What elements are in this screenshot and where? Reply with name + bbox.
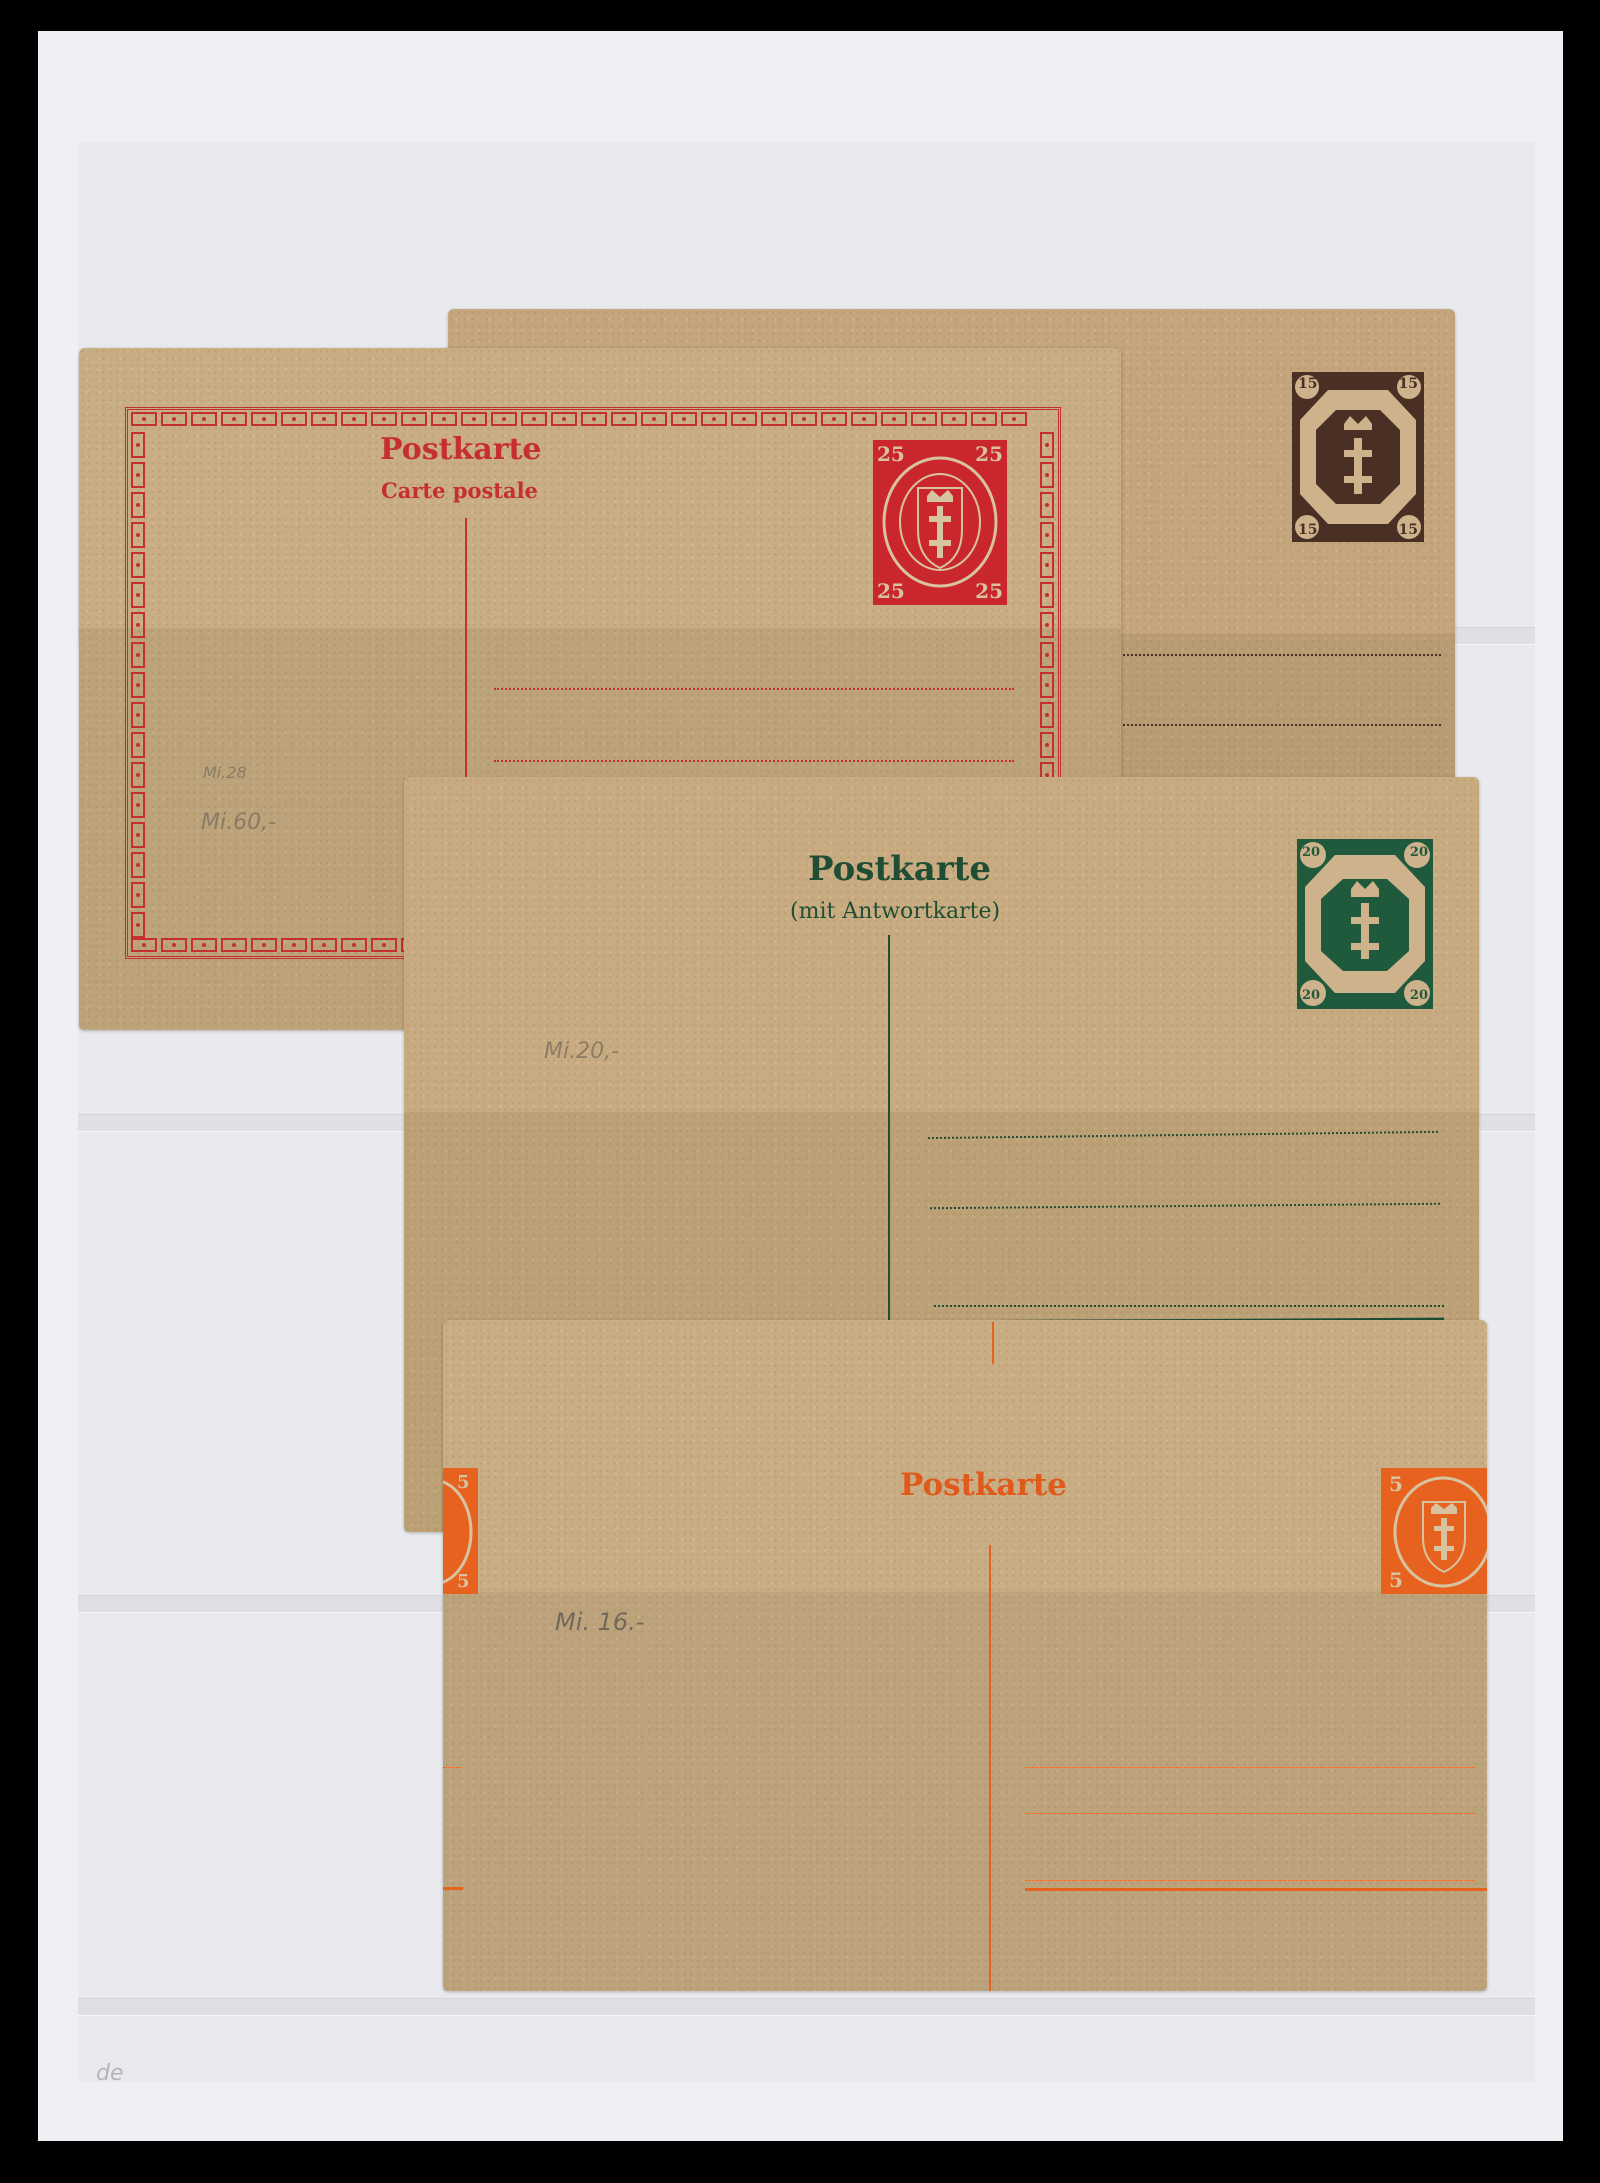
address-line-left [443,1767,461,1768]
page-pencil-mark: de [96,2061,124,2086]
stamp-15: 15 15 15 15 [1292,372,1424,542]
address-line [934,1305,1444,1307]
ornamental-border-bottom [131,938,427,952]
danzig-arms-octagon-icon [1292,372,1424,542]
address-line-left-solid [443,1887,463,1890]
stock-strip [78,1998,1535,2016]
stamp-5: 5 5 [1381,1468,1487,1594]
address-line [1123,724,1441,726]
ornamental-border-top [131,412,1027,426]
address-line [494,688,1014,690]
address-line [1123,654,1441,656]
card-title: Postkarte [900,1467,1067,1503]
card-subtitle: (mit Antwortkarte) [790,899,1000,924]
divider-line [989,1545,991,1991]
card-title: Postkarte [808,849,991,889]
address-line [494,760,1014,762]
divider-line [992,1322,994,1364]
stamp-25: 25 25 25 25 [873,440,1007,605]
address-line-solid [1025,1888,1487,1891]
danzig-arms-octagon-icon [1297,839,1433,1009]
card-title: Postkarte [380,432,541,467]
stamp-5-partial-left: 5 5 [443,1468,478,1594]
pencil-note: Mi.60,- [201,810,276,835]
address-line [1025,1813,1475,1814]
pencil-note: Mi. 16.- [555,1608,644,1636]
address-line [1025,1767,1475,1768]
stamp-20: 20 20 20 20 [1297,839,1433,1009]
postcard-5-orange[interactable]: Postkarte 5 5 5 5 Mi. 16.- [443,1320,1487,1991]
pencil-note: Mi.28 [203,763,247,782]
pencil-note: Mi.20,- [544,1039,619,1064]
card-subtitle: Carte postale [381,478,538,503]
ornamental-border-left [131,432,145,938]
address-line [1025,1880,1475,1881]
